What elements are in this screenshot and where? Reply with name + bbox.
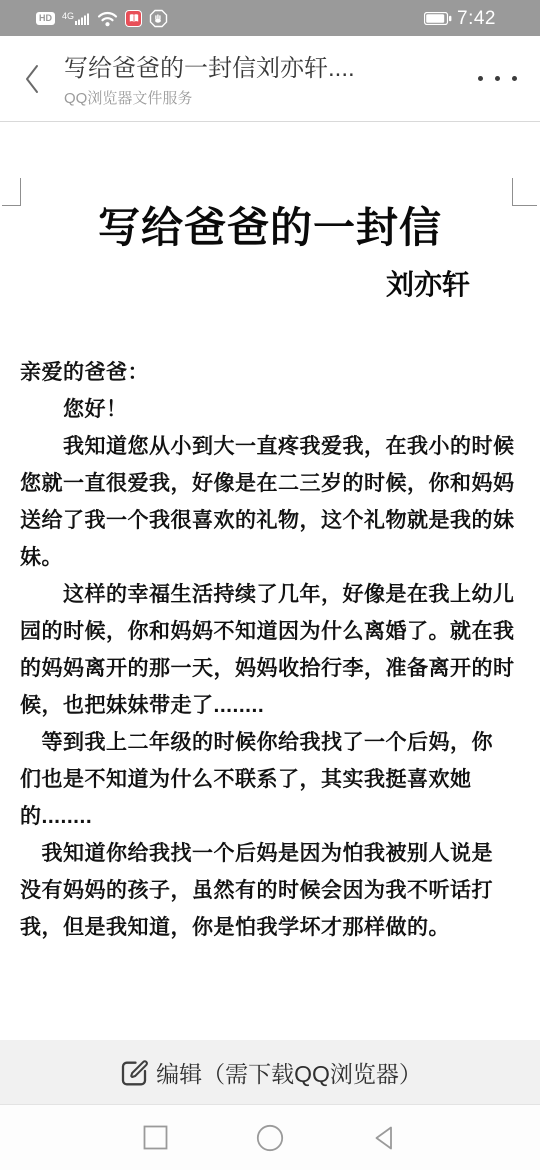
file-source-subtitle: QQ浏览器文件服务: [64, 88, 454, 109]
file-title: 写给爸爸的一封信刘亦轩....: [64, 53, 454, 85]
recents-button[interactable]: [141, 1124, 169, 1152]
page-corner-mark-right: [512, 178, 537, 206]
paragraph-4: 我知道你给我找一个后妈是因为怕我被别人说是 没有妈妈的孩子，虽然有的时候会因为我…: [20, 835, 520, 946]
back-nav-button[interactable]: [371, 1124, 399, 1152]
signal-bars-icon: [75, 11, 90, 25]
menu-dot-icon: [478, 76, 483, 81]
menu-dot-icon: [512, 76, 517, 81]
home-circle-icon: [256, 1124, 284, 1152]
recents-square-icon: [143, 1125, 168, 1150]
status-left-icons: HD 4G: [36, 9, 168, 28]
document-author: 刘亦轩: [0, 266, 540, 304]
phone-screen: HD 4G: [0, 0, 540, 1170]
network-type-label: 4G: [62, 12, 74, 21]
header-bar: 写给爸爸的一封信刘亦轩.... QQ浏览器文件服务: [0, 36, 540, 122]
header-titles: 写给爸爸的一封信刘亦轩.... QQ浏览器文件服务: [64, 36, 454, 121]
back-triangle-icon: [372, 1125, 398, 1151]
status-right: 7:42: [424, 9, 496, 28]
chevron-left-icon: [23, 63, 41, 95]
edit-pencil-icon: [118, 1056, 150, 1088]
clock-time: 7:42: [457, 9, 496, 28]
paragraph-greeting: 您好！: [20, 391, 520, 428]
do-not-disturb-hand-icon: [149, 9, 168, 28]
android-nav-bar: [0, 1104, 540, 1170]
reading-app-badge-icon: [125, 10, 142, 27]
page-corner-mark-left: [2, 178, 21, 206]
menu-dot-icon: [495, 76, 500, 81]
paragraph-3: 等到我上二年级的时候你给我找了一个后妈，你 们也是不知道为什么不联系了，其实我挺…: [20, 724, 520, 835]
paragraph-2: 这样的幸福生活持续了几年，好像是在我上幼儿 园的时候，你和妈妈不知道因为什么离婚…: [20, 576, 520, 724]
edit-button-label[interactable]: 编辑（需下载QQ浏览器）: [156, 1056, 422, 1089]
paragraph-1: 我知道您从小到大一直疼我爱我，在我小的时候 您就一直很爱我，好像是在二三岁的时候…: [20, 428, 520, 576]
wifi-icon: [97, 10, 118, 27]
hd-badge-icon: HD: [36, 12, 55, 25]
back-button[interactable]: [0, 36, 64, 121]
paragraph-salutation: 亲爱的爸爸：: [20, 354, 520, 391]
document-title: 写给爸爸的一封信: [0, 202, 540, 254]
document-page: 写给爸爸的一封信 刘亦轩 亲爱的爸爸： 您好！ 我知道您从小到大一直疼我爱我，在…: [0, 122, 540, 1040]
edit-toolbar: 编辑（需下载QQ浏览器）: [0, 1040, 540, 1104]
battery-icon: [424, 12, 452, 25]
document-body: 亲爱的爸爸： 您好！ 我知道您从小到大一直疼我爱我，在我小的时候 您就一直很爱我…: [20, 354, 520, 946]
status-bar: HD 4G: [0, 0, 540, 36]
overflow-menu-button[interactable]: [454, 36, 540, 121]
cellular-signal-icon: 4G: [62, 11, 90, 25]
home-button[interactable]: [256, 1124, 284, 1152]
